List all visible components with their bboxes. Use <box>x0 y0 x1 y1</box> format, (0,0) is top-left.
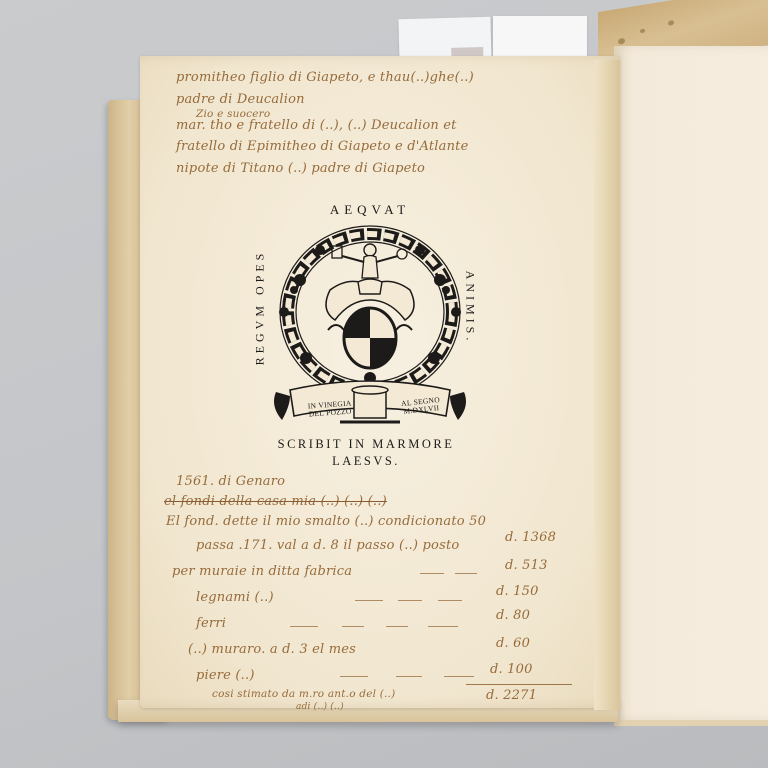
ledger-line: legnami (..) <box>196 590 274 605</box>
ledger-line: (..) muraro. a d. 3 el mes <box>188 642 356 657</box>
ledger-amount: d. 100 <box>490 662 533 677</box>
ledger-amount: d. 60 <box>496 636 530 651</box>
ledger-leader-dash <box>290 626 318 627</box>
handwritten-line: mar. tho e fratello di (..), (..) Deucal… <box>176 118 457 133</box>
handwritten-line: nipote di Titano (..) padre di Giapeto <box>176 161 425 176</box>
ledger-leader-dash <box>398 600 422 601</box>
ledger-leader-dash <box>428 626 458 627</box>
ledger-total-note-sub: adi (..) (..) <box>296 702 344 712</box>
ledger-leader-dash <box>420 573 444 574</box>
foxing-spot <box>640 29 645 34</box>
ledger-line: per muraie in ditta fabrica <box>172 564 352 579</box>
ledger-leader-dash <box>386 626 408 627</box>
ledger-struck-line: el fondi della casa mia (..) (..) (..) <box>164 494 387 509</box>
ledger-heading: 1561. di Genaro <box>176 474 285 489</box>
page-gutter <box>594 60 620 710</box>
ledger-sum-rule <box>466 684 572 685</box>
device-motto-left: REGVM OPES <box>253 248 268 368</box>
ledger-leader-dash <box>340 676 368 677</box>
ledger-leader-dash <box>455 573 477 574</box>
right-blank-page <box>614 46 768 726</box>
foxing-spot <box>668 20 674 26</box>
motto-bottom-line2: LAESVS. <box>250 453 482 470</box>
ledger-total: d. 2271 <box>486 688 537 703</box>
foxing-spot <box>618 38 625 45</box>
ledger-leader-dash <box>396 676 422 677</box>
ledger-amount: d. 1368 <box>505 530 556 545</box>
ledger-line: ferri <box>196 616 226 631</box>
ledger-leader-dash <box>444 676 474 677</box>
ledger-amount: d. 80 <box>496 608 530 623</box>
device-motto-top: AEQVAT <box>300 202 440 218</box>
handwritten-line: fratello di Epimitheo di Giapeto e d'Atl… <box>176 139 469 154</box>
ledger-amount: d. 513 <box>505 558 548 573</box>
ledger-leader-dash <box>342 626 364 627</box>
handwritten-line: padre di Deucalion <box>176 92 305 107</box>
ledger-line: piere (..) <box>196 668 255 683</box>
ledger-line: passa .171. val a d. 8 il passo (..) pos… <box>196 538 459 553</box>
ledger-amount: d. 150 <box>496 584 539 599</box>
ledger-leader-dash <box>438 600 462 601</box>
ledger-total-note: cosi stimato da m.ro ant.o del (..) <box>212 688 395 700</box>
handwritten-line: promitheo figlio di Giapeto, e thau(..)g… <box>176 70 474 85</box>
device-motto-bottom: SCRIBIT IN MARMORE LAESVS. <box>250 436 482 470</box>
motto-bottom-line1: SCRIBIT IN MARMORE <box>250 436 482 453</box>
ledger-leader-dash <box>355 600 383 601</box>
ledger-line: El fond. dette il mio smalto (..) condic… <box>166 514 486 529</box>
